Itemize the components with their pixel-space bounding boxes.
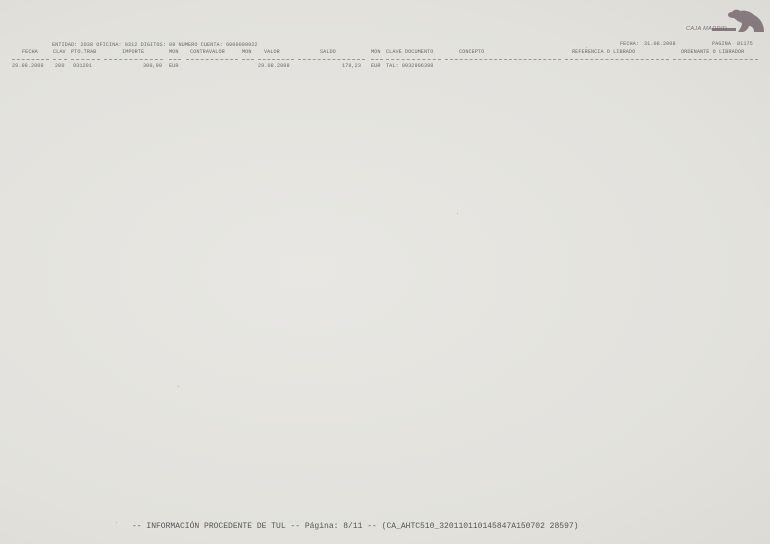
separator [445, 59, 561, 60]
row-clav: 200 [55, 63, 65, 69]
col-valor: VALOR [264, 49, 280, 55]
scan-speck [178, 386, 179, 387]
col-contravalor: CONTRAVALOR [190, 49, 225, 55]
separator [104, 59, 163, 60]
col-mon-3: MON [371, 49, 381, 55]
scan-speck [116, 522, 117, 523]
col-fecha: FECHA [22, 49, 38, 55]
separator [186, 59, 238, 60]
separator [53, 59, 67, 60]
col-clav: CLAV [53, 49, 66, 55]
separator [565, 59, 669, 60]
separator [298, 59, 365, 60]
row-clave-documento: TAL: 0032906398 [386, 63, 433, 69]
row-pto-trab: 931201 [73, 63, 92, 69]
row-mon: EUR [169, 63, 179, 69]
col-concepto: CONCEPTO [459, 49, 484, 55]
col-mon: MON [169, 49, 179, 55]
account-info: ENTIDAD: 2038 OFICINA: 9312 DIGITOS: 08 … [52, 42, 258, 48]
separator [371, 59, 383, 60]
statement-page: CAJA MADRID ENTIDAD: 2038 OFICINA: 9312 … [0, 0, 770, 544]
separator [673, 59, 758, 60]
col-importe: IMPORTE [122, 49, 144, 55]
col-ordenante: ORDENANTE O LIBRADOR [681, 49, 744, 55]
footer-info: -- INFORMACIÓN PROCEDENTE DE TUL -- Pági… [132, 522, 578, 531]
scan-speck [586, 47, 587, 48]
statement-date: 31.08.2008 [644, 41, 676, 47]
statement-date-label: FECHA: [620, 41, 639, 47]
row-mon-3: EUR [371, 63, 381, 69]
separator [258, 59, 294, 60]
col-saldo: SALDO [320, 49, 336, 55]
separator [242, 59, 254, 60]
col-referencia: REFERENCIA O LIBRADO [572, 49, 635, 55]
page-number: 81175 [737, 41, 753, 47]
separator [386, 59, 441, 60]
row-fecha: 29.08.2008 [12, 63, 44, 69]
row-saldo: 179,23 [342, 63, 361, 69]
col-pto-trab: PTO.TRAB [71, 49, 96, 55]
col-clave-documento: CLAVE DOCUMENTO [386, 49, 433, 55]
separator [71, 59, 100, 60]
row-valor: 29.08.2008 [258, 63, 290, 69]
bank-name: CAJA MADRID [686, 26, 727, 32]
separator [169, 59, 181, 60]
scan-speck [457, 213, 458, 214]
row-importe: 300,00 [143, 63, 162, 69]
page-label: PAGINA [712, 41, 731, 47]
separator [12, 59, 49, 60]
col-mon-2: MON [242, 49, 252, 55]
